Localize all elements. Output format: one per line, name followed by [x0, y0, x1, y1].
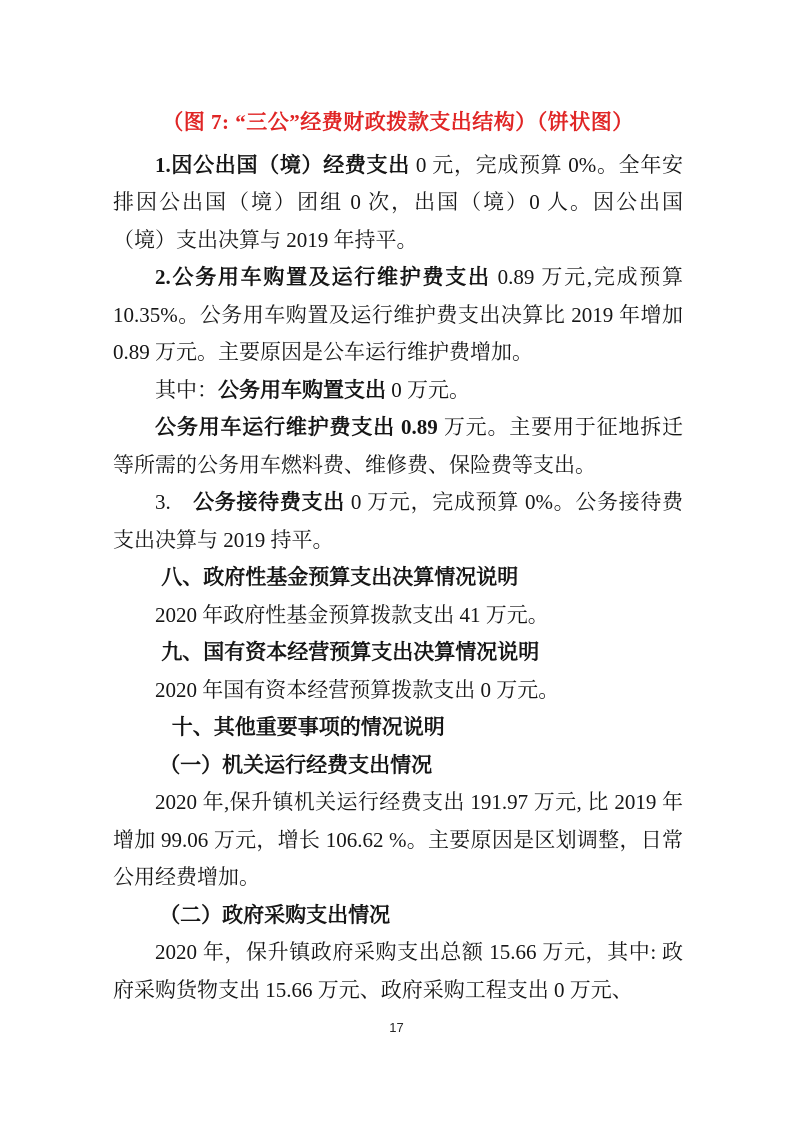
text-run-bold: 公务用车运行维护费支出 0.89: [155, 415, 438, 439]
section-heading-10: 十、其他重要事项的情况说明: [113, 709, 683, 747]
text-run-bold: （二）政府采购支出情况: [159, 903, 390, 927]
text-run-bold: （一）机关运行经费支出情况: [159, 753, 432, 777]
paragraph-vehicle-purchase: 其中：公务用车购置支出 0 万元。: [113, 372, 683, 410]
text-run: 2020 年,保升镇机关运行经费支出 191.97 万元, 比 2019 年增加…: [113, 790, 683, 889]
text-run: 2020 年，保升镇政府采购支出总额 15.66 万元，其中: 政府采购货物支出…: [113, 940, 683, 1002]
paragraph-gov-fund: 2020 年政府性基金预算拨款支出 41 万元。: [113, 597, 683, 635]
paragraph-reception-expense: 3. 公务接待费支出 0 万元，完成预算 0%。公务接待费支出决算与 2019 …: [113, 484, 683, 559]
section-heading-8: 八、政府性基金预算支出决算情况说明: [113, 559, 683, 597]
text-run: 3.: [155, 490, 193, 514]
document-page: （图 7: “三公”经费财政拨款支出结构）（饼状图）1.因公出国（境）经费支出 …: [0, 0, 793, 1122]
text-run-bold: 公务接待费支出: [193, 490, 345, 514]
text-run: 2020 年国有资本经营预算拨款支出 0 万元。: [155, 678, 559, 702]
text-run-bold: 八、政府性基金预算支出决算情况说明: [161, 566, 518, 589]
page-footer: 17: [0, 1020, 793, 1035]
text-run-bold: （图 7: “三公”经费财政拨款支出结构）（饼状图）: [162, 110, 634, 134]
text-run-bold: 十、其他重要事项的情况说明: [172, 716, 445, 739]
paragraph-state-capital: 2020 年国有资本经营预算拨款支出 0 万元。: [113, 672, 683, 710]
paragraph-vehicle-maintenance: 公务用车运行维护费支出 0.89 万元。主要用于征地拆迁等所需的公务用车燃料费、…: [113, 409, 683, 484]
page-number: 17: [389, 1020, 403, 1035]
text-run: 2020 年政府性基金预算拨款支出 41 万元。: [155, 603, 549, 627]
text-run: 0 万元。: [386, 378, 470, 402]
section-heading-9: 九、国有资本经营预算支出决算情况说明: [113, 634, 683, 672]
text-run-bold: 九、国有资本经营预算支出决算情况说明: [161, 641, 539, 664]
subsection-heading-2: （二）政府采购支出情况: [113, 897, 683, 935]
paragraph-abroad-expense: 1.因公出国（境）经费支出 0 元，完成预算 0%。全年安排因公出国（境）团组 …: [113, 147, 683, 260]
document-body: （图 7: “三公”经费财政拨款支出结构）（饼状图）1.因公出国（境）经费支出 …: [113, 104, 683, 1009]
text-run-bold: 公务用车购置支出: [218, 378, 386, 402]
paragraph-operating-expense: 2020 年,保升镇机关运行经费支出 191.97 万元, 比 2019 年增加…: [113, 784, 683, 897]
subsection-heading-1: （一）机关运行经费支出情况: [113, 747, 683, 785]
text-run-bold: 1.因公出国（境）经费支出: [155, 153, 410, 177]
paragraph-vehicle-expense: 2.公务用车购置及运行维护费支出 0.89 万元,完成预算 10.35%。公务用…: [113, 259, 683, 372]
text-run: 其中：: [155, 378, 218, 402]
text-run-bold: 2.公务用车购置及运行维护费支出: [155, 265, 491, 289]
figure-caption: （图 7: “三公”经费财政拨款支出结构）（饼状图）: [113, 104, 683, 142]
paragraph-procurement: 2020 年，保升镇政府采购支出总额 15.66 万元，其中: 政府采购货物支出…: [113, 934, 683, 1009]
